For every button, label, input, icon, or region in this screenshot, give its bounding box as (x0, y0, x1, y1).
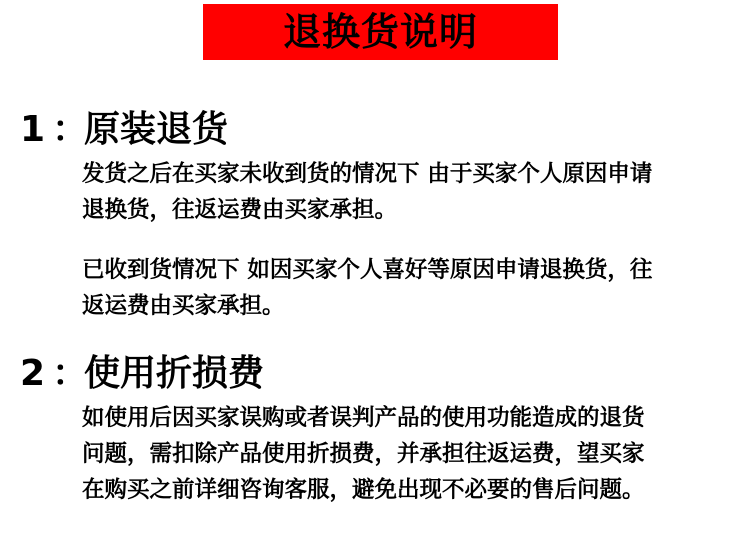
text-line: 已收到货情况下 如因买家个人喜好等原因申请退换货，往 (82, 252, 732, 288)
section-number: 1 (20, 112, 52, 148)
section-colon: ： (52, 356, 84, 392)
section-1-paragraph-2: 已收到货情况下 如因买家个人喜好等原因申请退换货，往 返运费由买家承担。 (82, 252, 732, 324)
section-title: 原装退货 (84, 112, 228, 148)
page-title: 退换货说明 (283, 13, 478, 51)
title-banner: 退换货说明 (203, 4, 558, 60)
section-colon: ： (52, 112, 84, 148)
section-1-paragraph-1: 发货之后在买家未收到货的情况下 由于买家个人原因申请 退换货，往返运费由买家承担… (82, 156, 732, 228)
text-line: 在购买之前详细咨询客服，避免出现不必要的售后问题。 (82, 472, 732, 508)
section-heading-usage-fee: 2 ： 使用折损费 (20, 356, 264, 392)
text-line: 发货之后在买家未收到货的情况下 由于买家个人原因申请 (82, 156, 732, 192)
section-heading-original-return: 1 ： 原装退货 (20, 112, 228, 148)
section-title: 使用折损费 (84, 356, 264, 392)
text-line: 如使用后因买家误购或者误判产品的使用功能造成的退货 (82, 400, 732, 436)
section-number: 2 (20, 356, 52, 392)
text-line: 返运费由买家承担。 (82, 288, 732, 324)
section-2-paragraph-1: 如使用后因买家误购或者误判产品的使用功能造成的退货 问题，需扣除产品使用折损费，… (82, 400, 732, 508)
text-line: 退换货，往返运费由买家承担。 (82, 192, 732, 228)
text-line: 问题，需扣除产品使用折损费，并承担往返运费，望买家 (82, 436, 732, 472)
